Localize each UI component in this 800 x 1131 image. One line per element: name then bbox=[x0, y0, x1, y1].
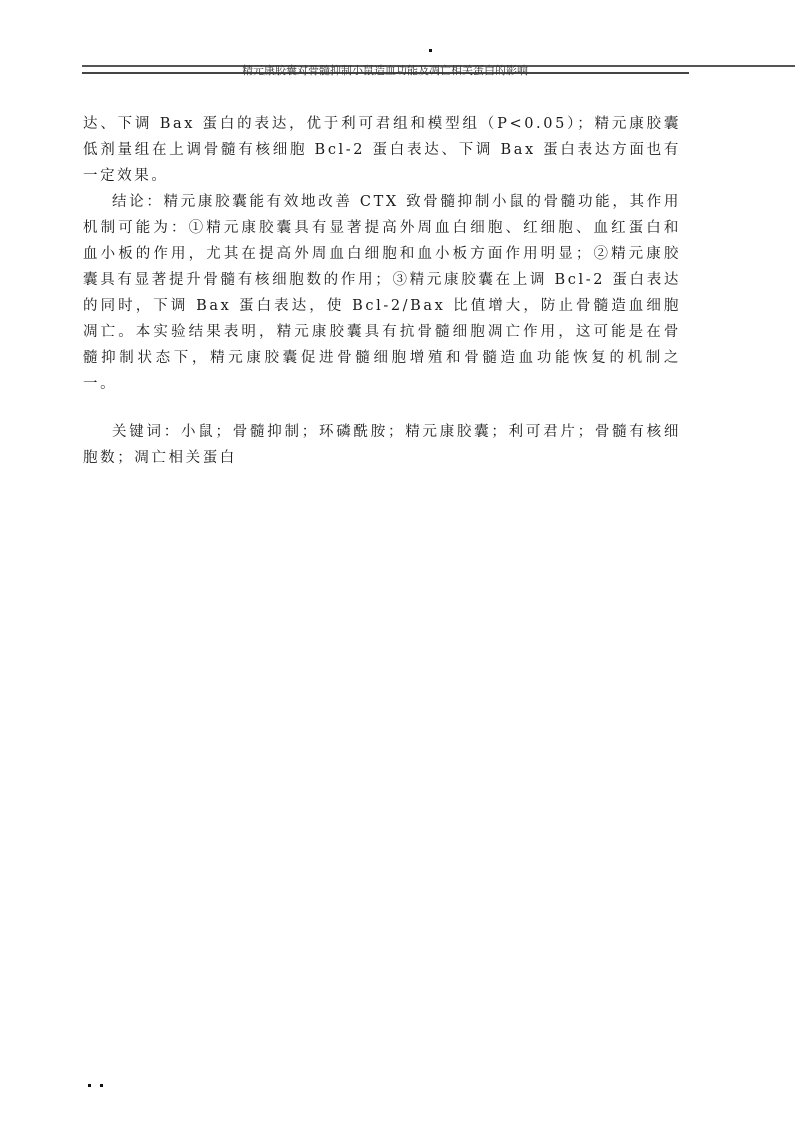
footer-dot bbox=[88, 1084, 91, 1087]
running-title: 精元康胶囊对骨髓抑制小鼠造血功能及凋亡相关蛋白的影响 bbox=[0, 64, 770, 78]
paragraph-conclusion: 结论：精元康胶囊能有效地改善 CTX 致骨髓抑制小鼠的骨髓功能，其作用机制可能为… bbox=[83, 189, 681, 397]
footer-dots bbox=[88, 1075, 112, 1091]
paragraph-continued: 达、下调 Bax 蛋白的表达，优于利可君组和模型组（P<0.05）；精元康胶囊低… bbox=[83, 111, 681, 189]
paragraph-gap bbox=[83, 397, 681, 419]
paragraph-keywords: 关键词：小鼠；骨髓抑制；环磷酰胺；精元康胶囊；利可君片；骨髓有核细胞数；凋亡相关… bbox=[83, 419, 681, 471]
document-body: 达、下调 Bax 蛋白的表达，优于利可君组和模型组（P<0.05）；精元康胶囊低… bbox=[83, 111, 681, 471]
header-dot bbox=[429, 49, 432, 52]
footer-dot bbox=[100, 1084, 103, 1087]
